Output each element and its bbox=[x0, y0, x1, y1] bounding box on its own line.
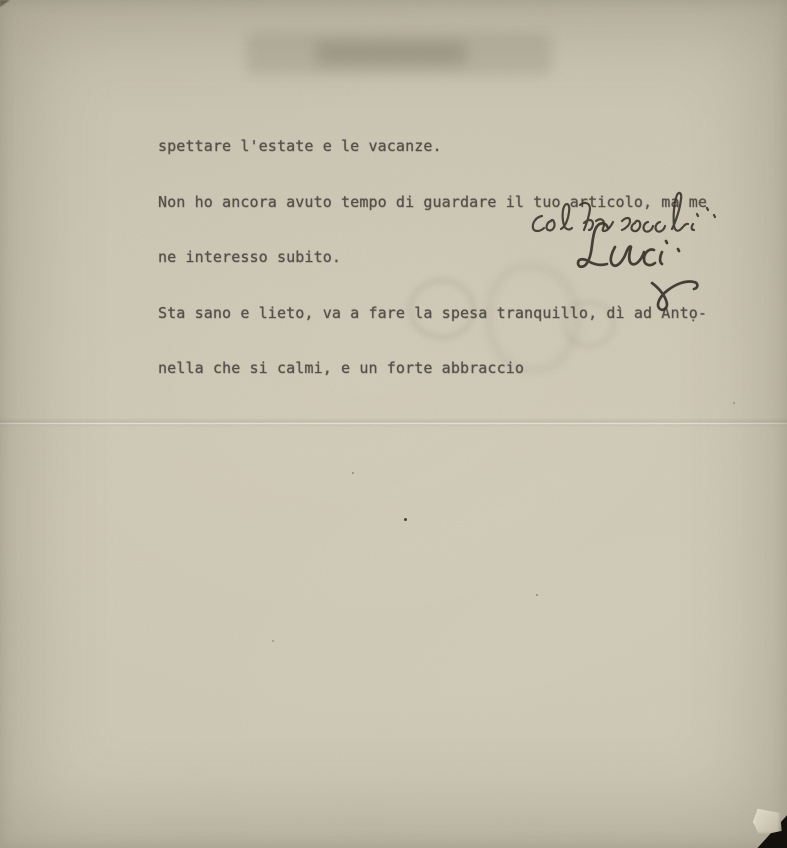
handwritten-signature-block bbox=[430, 183, 740, 323]
letter-scan: spettare l'estate e le vacanze. Non ho a… bbox=[0, 0, 787, 848]
typed-line-5: nella che si calmi, e un forte abbraccio bbox=[158, 359, 707, 378]
top-left-corner-notch bbox=[0, 0, 10, 7]
handwriting-closing-stroke bbox=[533, 204, 572, 231]
letterhead-showthrough bbox=[246, 33, 552, 75]
typed-line-1: spettare l'estate e le vacanze. bbox=[158, 137, 707, 156]
handwriting-closing-stroke bbox=[622, 193, 715, 232]
signature-flourish-stroke bbox=[652, 281, 697, 309]
